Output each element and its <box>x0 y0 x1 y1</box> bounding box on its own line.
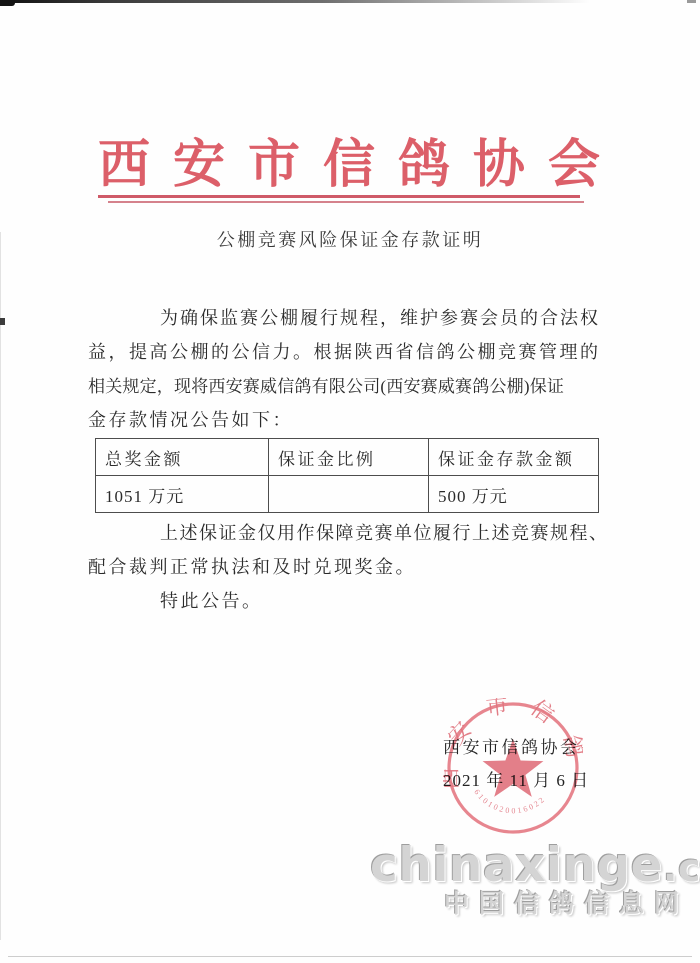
cell-deposit-amount: 500 万元 <box>429 476 599 513</box>
scan-speck <box>687 0 696 3</box>
deposit-table: 总奖金额 保证金比例 保证金存款金额 1051 万元 500 万元 <box>95 438 599 513</box>
closing-line-2: 配合裁判正常执法和及时兑现奖金。 <box>88 553 416 579</box>
col-header-deposit-ratio: 保证金比例 <box>269 439 429 476</box>
seal-number: 6101020016022 <box>472 788 547 816</box>
col-header-deposit-amount: 保证金存款金额 <box>429 439 599 476</box>
watermark-site-name: 中国信鸽信息网 <box>444 884 689 920</box>
scan-bottom-edge-line <box>8 956 692 957</box>
table-row: 1051 万元 500 万元 <box>96 476 599 513</box>
scan-corner-mark <box>0 0 15 6</box>
col-header-total-prize: 总奖金额 <box>96 439 269 476</box>
official-seal-stamp: 西安市信鸽协会 6101020016022 <box>443 698 583 838</box>
letterhead-rule-top <box>98 195 580 198</box>
table-header-row: 总奖金额 保证金比例 保证金存款金额 <box>96 439 599 476</box>
cell-deposit-ratio <box>269 476 429 513</box>
closing-line-3: 特此公告。 <box>160 587 263 613</box>
scan-top-edge-artifact <box>0 0 590 3</box>
body-line-2: 益，提高公棚的公信力。根据陕西省信鸽公棚竞赛管理的 <box>88 338 601 364</box>
body-line-4: 金存款情况公告如下： <box>88 406 293 432</box>
seal-star-icon <box>483 739 544 797</box>
document-title: 公棚竞赛风险保证金存款证明 <box>0 226 700 252</box>
scanned-document: { "letterhead": { "org_title": "西安市信鸽协会"… <box>0 0 700 963</box>
body-line-1: 为确保监赛公棚履行规程，维护参赛会员的合法权 <box>160 304 600 330</box>
letterhead-rule-bottom <box>108 201 584 203</box>
closing-line-1: 上述保证金仅用作保障竞赛单位履行上述竞赛规程、 <box>160 519 609 545</box>
letterhead-org-title: 西安市信鸽协会 <box>98 122 658 197</box>
scan-left-edge-line <box>0 232 1 940</box>
cell-total-prize: 1051 万元 <box>96 476 269 513</box>
body-line-3: 相关规定，现将西安赛威信鸽有限公司(西安赛威赛鸽公棚)保证 <box>88 372 564 397</box>
scan-left-edge-mark <box>0 318 5 325</box>
